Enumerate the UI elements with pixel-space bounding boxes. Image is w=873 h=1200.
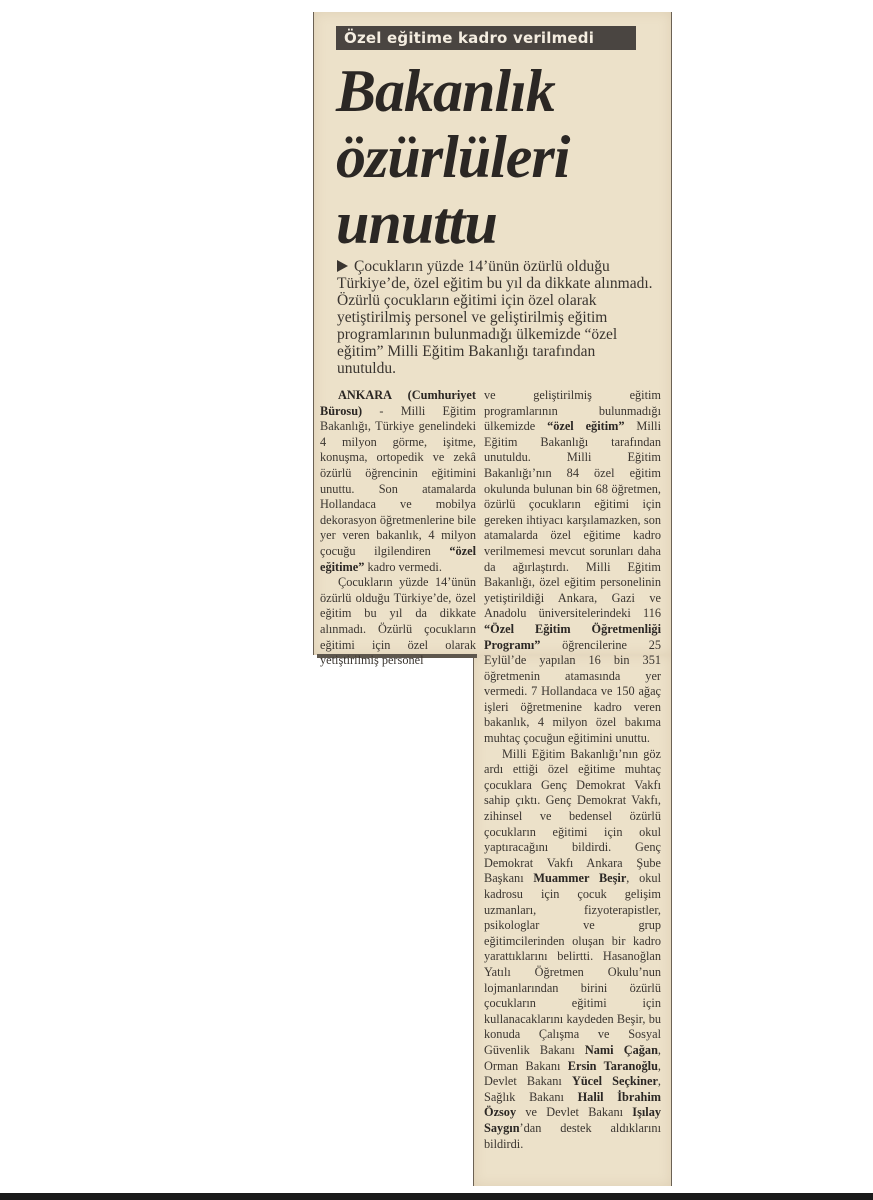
person-name: Yücel Seçkiner: [572, 1074, 658, 1088]
person-name: Nami Çağan: [585, 1043, 658, 1057]
column-2-paragraph-1: ve geliştirilmiş eğitim programlarının b…: [484, 388, 661, 747]
article-lead: Çocukların yüzde 14’ünün özürlü olduğu T…: [337, 258, 657, 377]
body-text: Milli Eğitim Bakanlığı tarafından unutul…: [484, 419, 661, 620]
emphasis-text: “özel eğitim”: [547, 419, 624, 433]
lead-text: Çocukların yüzde 14’ünün özürlü olduğu T…: [337, 258, 653, 377]
body-text: Milli Eğitim Bakanlığı’nın göz ardı etti…: [484, 747, 661, 886]
scanner-edge: [0, 1193, 873, 1200]
person-name: Muammer Beşir: [533, 871, 626, 885]
column-1-paragraph-2: Çocukların yüzde 14’ünün özürlü olduğu T…: [320, 575, 476, 669]
article-column-2: ve geliştirilmiş eğitim programlarının b…: [484, 388, 661, 1152]
headline-line-1: Bakanlık: [336, 58, 656, 124]
body-text: - Milli Eğitim Bakanlığı, Türkiye geneli…: [320, 404, 476, 558]
triangle-arrow-icon: [337, 260, 348, 272]
body-text: , okul kadrosu için çocuk gelişim uzmanl…: [484, 871, 661, 1057]
article-column-1: ANKARA (Cumhuriyet Bürosu) - Milli Eğiti…: [320, 388, 476, 669]
headline-line-3: unuttu: [336, 190, 656, 256]
body-text: kadro vermedi.: [364, 560, 442, 574]
person-name: Ersin Taranoğlu: [568, 1059, 658, 1073]
column-1-paragraph-1: ANKARA (Cumhuriyet Bürosu) - Milli Eğiti…: [320, 388, 476, 575]
body-text: öğrencilerine 25 Eylül’de yapılan 16 bin…: [484, 638, 661, 746]
headline-line-2: özürlüleri: [336, 124, 656, 190]
article-headline: Bakanlık özürlüleri unuttu: [336, 58, 656, 256]
body-text: ve Devlet Bakanı: [516, 1105, 632, 1119]
article-kicker: Özel eğitime kadro verilmedi: [336, 26, 636, 50]
column-2-paragraph-2: Milli Eğitim Bakanlığı’nın göz ardı etti…: [484, 747, 661, 1152]
